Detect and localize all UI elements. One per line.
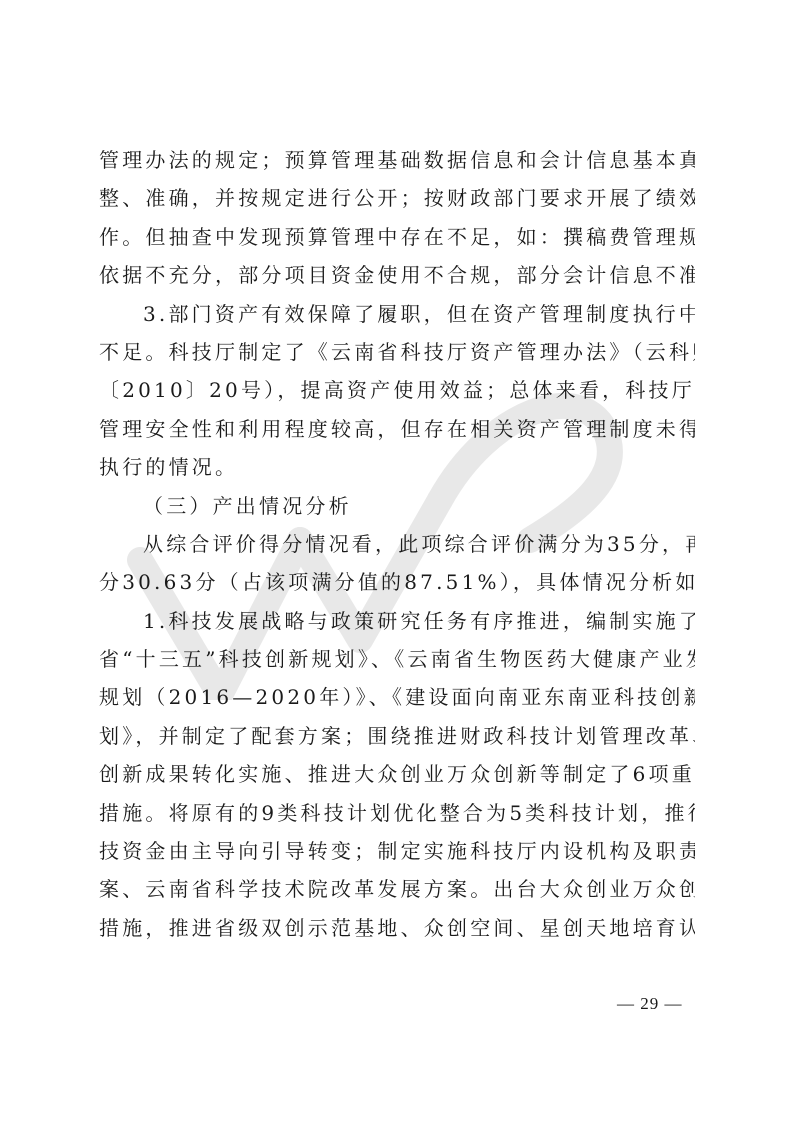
document-body: 管理办法的规定；预算管理基础数据信息和会计信息基本真实、完 整、准确，并按规定进… — [99, 141, 695, 947]
paragraph-line: 1.科技发展战略与政策研究任务有序推进，编制实施了《云南 — [99, 602, 695, 640]
paragraph-line: 〔2010〕20号），提高资产使用效益；总体来看，科技厅的资产 — [99, 371, 695, 409]
paragraph-line: 技资金由主导向引导转变；制定实施科技厅内设机构及职责调整方 — [99, 832, 695, 870]
paragraph-line: 3.部门资产有效保障了履职，但在资产管理制度执行中还存在 — [99, 295, 695, 333]
paragraph-line: 措施，推进省级双创示范基地、众创空间、星创天地培育认定；实 — [99, 909, 695, 947]
paragraph-line: 措施。将原有的9类科技计划优化整合为5类科技计划，推行财政科 — [99, 794, 695, 832]
paragraph-line: 作。但抽查中发现预算管理中存在不足，如：撰稿费管理规定制定 — [99, 218, 695, 256]
paragraph-line: 整、准确，并按规定进行公开；按财政部门要求开展了绩效自评工 — [99, 179, 695, 217]
paragraph-line: 依据不充分，部分项目资金使用不合规，部分会计信息不准确等。 — [99, 256, 695, 294]
paragraph-line: 创新成果转化实施、推进大众创业万众创新等制定了6项重要政策 — [99, 755, 695, 793]
section-heading: （三）产出情况分析 — [99, 487, 695, 525]
paragraph-line: 从综合评价得分情况看，此项综合评价满分为35分，再评价得 — [99, 525, 695, 563]
paragraph-line: 省“十三五”科技创新规划》、《云南省生物医药大健康产业发展 — [99, 640, 695, 678]
page-number: — 29 — — [617, 994, 683, 1014]
paragraph-line: 分30.63分（占该项满分值的87.51%），具体情况分析如下： — [99, 563, 695, 601]
paragraph-line: 规划（2016—2020年）》、《建设面向南亚东南亚科技创新中心规 — [99, 678, 695, 716]
paragraph-line: 管理安全性和利用程度较高，但存在相关资产管理制度未得到有效 — [99, 410, 695, 448]
paragraph-line: 不足。科技厅制定了《云南省科技厅资产管理办法》（云科财发 — [99, 333, 695, 371]
paragraph-line: 执行的情况。 — [99, 448, 695, 486]
paragraph-line: 划》，并制定了配套方案；围绕推进财政科技计划管理改革、促进 — [99, 717, 695, 755]
paragraph-line: 管理办法的规定；预算管理基础数据信息和会计信息基本真实、完 — [99, 141, 695, 179]
paragraph-line: 案、云南省科学技术院改革发展方案。出台大众创业万众创新政策 — [99, 870, 695, 908]
